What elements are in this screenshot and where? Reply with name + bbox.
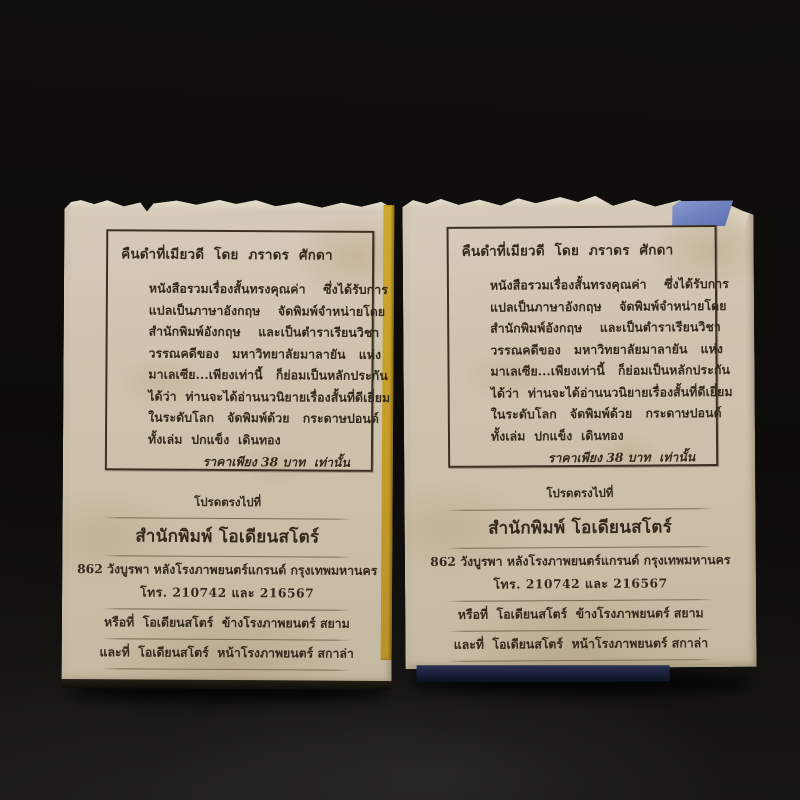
- book-right: คืนดำที่เมียวดี โดย ภราดร ศักดา หนังสือร…: [402, 193, 756, 683]
- divider-rule: [102, 608, 353, 611]
- blurb-line: ในระดับโลก จัดพิมพ์ด้วย กระดาษปอนด์: [148, 407, 358, 430]
- divider-rule: [447, 508, 714, 511]
- right-blurb-box: คืนดำที่เมียวดี โดย ภราดร ศักดา หนังสือร…: [447, 225, 719, 468]
- publisher-address: 862 วังบูรพา หลังโรงภาพยนตร์แกรนด์ กรุงเ…: [62, 560, 392, 581]
- blurb-line: แปลเป็นภาษาอังกฤษ จัดพิมพ์จำหน่ายโดย: [149, 299, 359, 322]
- go-to-label: โปรดตรงไปที่: [63, 493, 393, 513]
- branch-line-2: และที่ โอเดียนสโตร์ หน้าโรงภาพยนตร์ สกาล…: [62, 643, 392, 664]
- branch-line-1: หรือที่ โอเดียนสโตร์ ข้างโรงภาพยนตร์ สยา…: [62, 613, 392, 634]
- divider-rule: [447, 599, 714, 602]
- divider-rule: [447, 546, 714, 549]
- divider-rule: [447, 629, 714, 632]
- blurb-line: ในระดับโลก จัดพิมพ์ด้วย กระดาษปอนด์: [491, 402, 703, 425]
- branch-line-1: หรือที่ โอเดียนสโตร์ ข้างโรงภาพยนตร์ สยา…: [405, 604, 756, 625]
- blurb-line: แปลเป็นภาษาอังกฤษ จัดพิมพ์จำหน่ายโดย: [490, 295, 702, 318]
- book-title-and-author: คืนดำที่เมียวดี โดย ภราดร ศักดา: [121, 242, 359, 265]
- blurb-line: ทั้งเล่ม ปกแข็ง เดินทอง: [148, 428, 358, 451]
- branch-line-2: และที่ โอเดียนสโตร์ หน้าโรงภาพยนตร์ สกาล…: [405, 634, 756, 655]
- publisher-address: 862 วังบูรพา หลังโรงภาพยนตร์แกรนด์ กรุงเ…: [405, 551, 756, 572]
- blurb-paragraph: หนังสือรวมเรื่องสั้นทรงคุณค่า ซึ่งได้รับ…: [462, 273, 703, 447]
- book-title-and-author: คืนดำที่เมียวดี โดย ภราดร ศักดา: [462, 238, 702, 262]
- divider-rule: [102, 517, 353, 520]
- publisher-phone: โทร. 210742 และ 216567: [405, 574, 756, 595]
- blurb-line: หนังสือรวมเรื่องสั้นทรงคุณค่า ซึ่งได้รับ…: [490, 273, 702, 296]
- divider-rule: [101, 638, 352, 641]
- publisher-name: สำนักพิมพ์ โอเดียนสโตร์: [405, 513, 756, 542]
- divider-rule: [448, 659, 715, 662]
- blurb-line: มาเลเซีย...เพียงเท่านี้ ก็ย่อมเป็นหลักปร…: [148, 364, 358, 387]
- publisher-name: สำนักพิมพ์ โอเดียนสโตร์: [62, 522, 392, 551]
- go-to-label: โปรดตรงไปที่: [404, 484, 755, 504]
- left-publisher-block: โปรดตรงไปที่ สำนักพิมพ์ โอเดียนสโตร์ 862…: [62, 493, 393, 675]
- blurb-line: วรรณคดีของ มหาวิทยาลัยมาลายัน แห่ง: [148, 342, 358, 365]
- blurb-paragraph: หนังสือรวมเรื่องสั้นทรงคุณค่า ซึ่งได้รับ…: [120, 277, 359, 450]
- publisher-phone: โทร. 210742 และ 216567: [62, 583, 392, 604]
- blurb-line: วรรณคดีของ มหาวิทยาลัยมาลายัน แห่ง: [490, 338, 702, 361]
- left-back-cover: คืนดำที่เมียวดี โดย ภราดร ศักดา หนังสือร…: [62, 196, 395, 690]
- book-left: คืนดำที่เมียวดี โดย ภราดร ศักดา หนังสือร…: [62, 196, 395, 690]
- blurb-line: สำนักพิมพ์อังกฤษ และเป็นตำราเรียนวิชา: [149, 321, 359, 344]
- price-line: ราคาเพียง 38 บาท เท่านั้น: [120, 452, 358, 472]
- right-publisher-block: โปรดตรงไปที่ สำนักพิมพ์ โอเดียนสโตร์ 862…: [404, 484, 756, 666]
- divider-rule: [102, 555, 353, 558]
- blurb-line: หนังสือรวมเรื่องสั้นทรงคุณค่า ซึ่งได้รับ…: [149, 278, 359, 301]
- right-back-cover: คืนดำที่เมียวดี โดย ภราดร ศักดา หนังสือร…: [402, 193, 756, 683]
- photo-scene: คืนดำที่เมียวดี โดย ภราดร ศักดา หนังสือร…: [0, 0, 800, 800]
- blurb-line: ได้ว่า ท่านจะได้อ่านนวนิยายเรื่องสั้นที่…: [148, 385, 358, 408]
- blurb-line: ทั้งเล่ม ปกแข็ง เดินทอง: [491, 424, 703, 447]
- divider-rule: [101, 668, 352, 671]
- blurb-line: มาเลเซีย...เพียงเท่านี้ ก็ย่อมเป็นหลักปร…: [490, 359, 702, 382]
- price-line: ราคาเพียง 38 บาท เท่านั้น: [463, 448, 703, 469]
- blurb-line: สำนักพิมพ์อังกฤษ และเป็นตำราเรียนวิชา: [490, 316, 702, 339]
- blurb-line: ได้ว่า ท่านจะได้อ่านนวนิยายเรื่องสั้นที่…: [491, 381, 703, 404]
- left-blurb-box: คืนดำที่เมียวดี โดย ภราดร ศักดา หนังสือร…: [105, 229, 374, 472]
